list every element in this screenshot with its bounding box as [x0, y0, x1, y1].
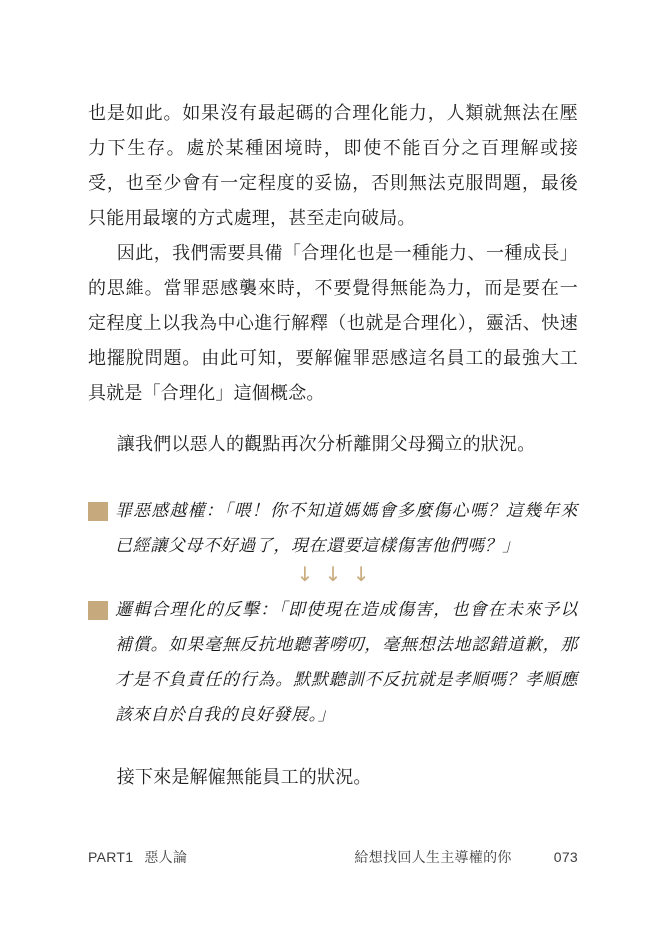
- footer-right: 給想找回人生主導權的你073: [354, 847, 578, 867]
- intro-line-block: 讓我們以惡人的觀點再次分析離開父母獨立的狀況。: [88, 427, 578, 462]
- quote-guilt-text: 罪惡感越權：「喂！你不知道媽媽會多麼傷心嗎？這幾年來已經讓父母不好過了，現在還要…: [115, 494, 578, 564]
- footer-part-title: 惡人論: [144, 849, 187, 865]
- footer-left: PART1惡人論: [88, 847, 187, 867]
- closing-line-block: 接下來是解僱無能員工的狀況。: [88, 760, 578, 795]
- quote-logic-counter-text: 邏輯合理化的反擊：「即使現在造成傷害，也會在未來予以補償。如果毫無反抗地聽著嘮叨…: [115, 593, 578, 733]
- paragraph-rationalization-mindset: 因此，我們需要具備「合理化也是一種能力、一種成長」的思維。當罪惡感襲來時，不要覺…: [88, 236, 578, 411]
- footer-book-title: 給想找回人生主導權的你: [354, 849, 511, 865]
- paragraph-rationalization-ability: 也是如此。如果沒有最起碼的合理化能力，人類就無法在壓力下生存。處於某種困境時，即…: [88, 96, 578, 236]
- footer-part-label: PART1: [88, 849, 133, 865]
- paragraph-next-incompetent-employee: 接下來是解僱無能員工的狀況。: [88, 760, 578, 795]
- footer-page-number: 073: [554, 849, 578, 865]
- quote-block-guilt: 罪惡感越權：「喂！你不知道媽媽會多麼傷心嗎？這幾年來已經讓父母不好過了，現在還要…: [88, 494, 578, 564]
- page-footer: PART1惡人論 給想找回人生主導權的你073: [88, 847, 578, 867]
- paragraph-villain-viewpoint: 讓我們以惡人的觀點再次分析離開父母獨立的狀況。: [88, 427, 578, 462]
- book-page: 也是如此。如果沒有最起碼的合理化能力，人類就無法在壓力下生存。處於某種困境時，即…: [0, 0, 663, 932]
- quote-block-logic-counter: 邏輯合理化的反擊：「即使現在造成傷害，也會在未來予以補償。如果毫無反抗地聽著嘮叨…: [88, 593, 578, 733]
- down-arrows-icon: ↓ ↓ ↓: [88, 560, 578, 588]
- bullet-square-icon: [88, 502, 108, 521]
- main-body-text: 也是如此。如果沒有最起碼的合理化能力，人類就無法在壓力下生存。處於某種困境時，即…: [88, 96, 578, 411]
- bullet-square-icon: [88, 601, 108, 620]
